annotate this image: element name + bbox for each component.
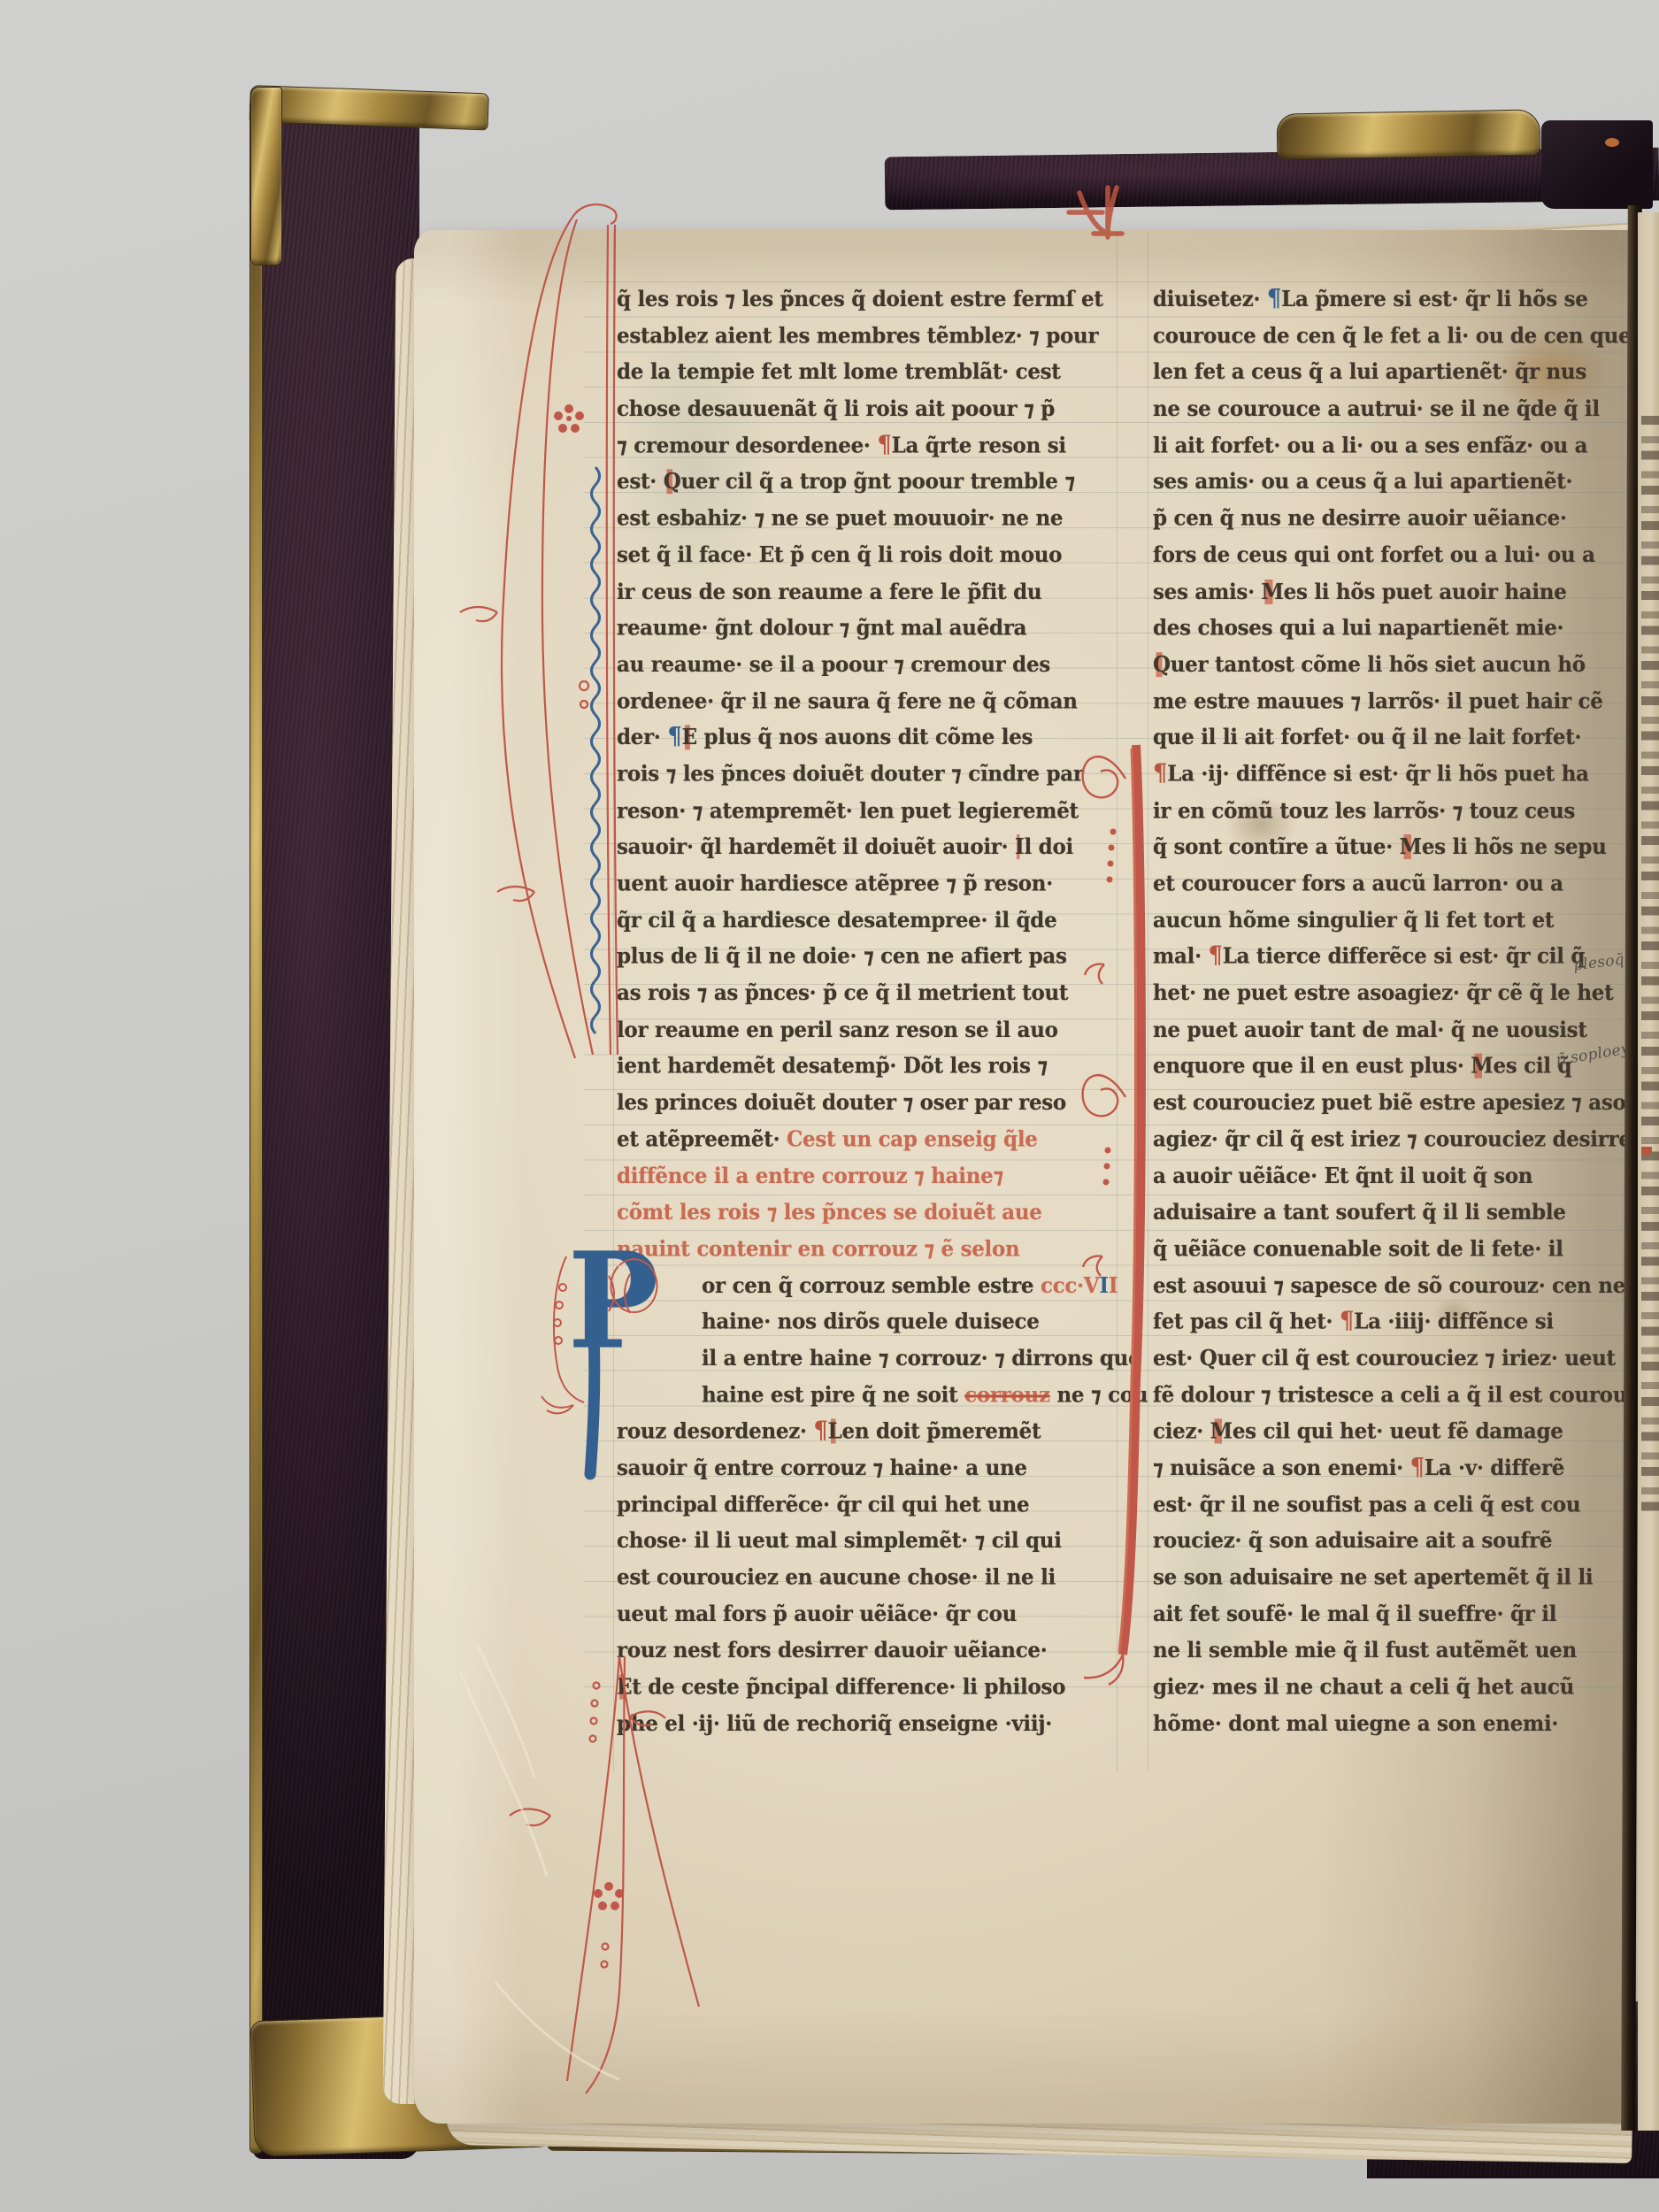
text-line: reson· ⁊ atempremẽt· len puet legieremẽt: [617, 793, 1125, 829]
text-line: est· Quer cil q̃ a trop g̃nt poour tremb…: [617, 464, 1125, 500]
text-line: ueut mal fors p̃ auoir uẽiãce· q̃r cou: [617, 1596, 1125, 1632]
text-segment: La ·iiij· diffẽnce si: [1354, 1310, 1554, 1334]
text-segment: La ·ij· diffẽnce si est· q̃r li hõs puet…: [1167, 762, 1589, 787]
text-column-left: q̃ les rois ⁊ les p̃nces q̃ doient estre…: [617, 281, 1125, 1745]
text-line: fet pas cil q̃ het· ¶La ·iiij· diffẽnce …: [1153, 1304, 1631, 1340]
text-segment: est courouciez puet biẽ estre apesiez ⁊ …: [1153, 1090, 1626, 1115]
text-line: het· ne puet estre asoagiez· q̃r cẽ q̃ l…: [1153, 975, 1631, 1011]
illuminated-initial-p: P: [568, 1235, 658, 1368]
text-segment: est esbahiz· ⁊ ne se puet mouuoir· ne ne: [617, 506, 1063, 531]
text-segment: ne se courouce a autrui· se il ne q̃de q…: [1153, 396, 1600, 421]
text-line: est asouui ⁊ sapesce de sõ courouz· cen …: [1153, 1267, 1631, 1303]
text-line: ne li semble mie q̃ il fust autẽmẽt uen: [1153, 1632, 1631, 1669]
text-line: et atẽpreemẽt· Cest un cap enseig q̃le: [617, 1121, 1125, 1157]
text-line: de la tempie fet mlt lome tremblãt· cest: [617, 355, 1125, 391]
text-line: rouz desordenez· ¶Len doit p̃meremẽt: [617, 1414, 1125, 1450]
text-line: rois ⁊ les p̃nces doiuẽt douter ⁊ cĩndre…: [617, 757, 1125, 793]
text-segment: ne li semble mie q̃ il fust autẽmẽt uen: [1153, 1638, 1577, 1663]
text-line: ir ceus de son reaume a fere le p̃fit du: [617, 573, 1125, 610]
text-segment: der·: [617, 726, 667, 750]
text-line: fors de ceus qui ont forfet ou a lui· ou…: [1153, 537, 1631, 573]
text-segment: sauoir· q̃l hardemẽt il doiuẽt auoir·: [617, 834, 1015, 859]
text-line: me estre mauues ⁊ larrõs· il puet hair c…: [1153, 683, 1631, 719]
text-segment: les princes doiuẽt douter ⁊ oser par res…: [617, 1090, 1066, 1115]
text-segment: l doi: [1025, 834, 1073, 859]
text-line: chose desauuenãt q̃ li rois ait poour ⁊ …: [617, 391, 1125, 427]
clasp-hardware-dark: [1541, 120, 1653, 209]
text-segment: aucun hõme singulier q̃ li fet tort et: [1153, 908, 1554, 933]
text-segment: rouciez· q̃ son aduisaire ait a soufrẽ: [1153, 1529, 1552, 1554]
text-segment: M: [1471, 1054, 1493, 1079]
text-segment: li ait forfet· ou a li· ou a ses enfãz· …: [1153, 433, 1587, 457]
text-segment: haine· nos dirõs quele duisece: [702, 1310, 1040, 1334]
text-line: sauoir q̃ entre corrouz ⁊ haine· a une: [617, 1450, 1125, 1486]
text-segment: reaume· g̃nt dolour ⁊ g̃nt mal auẽdra: [617, 616, 1026, 641]
text-line: giez· mes il ne chaut a celi q̃ het aucũ: [1153, 1669, 1631, 1705]
text-segment: agiez· q̃r cil q̃ est iriez ⁊ courouciez…: [1153, 1127, 1632, 1152]
text-line: diffẽnce il a entre corrouz ⁊ haine⁊: [617, 1158, 1125, 1194]
text-segment: het· ne puet estre asoagiez· q̃r cẽ q̃ l…: [1153, 980, 1613, 1005]
text-segment: E: [617, 1675, 632, 1700]
brass-corner-top-left-side: [250, 87, 282, 265]
text-segment: I: [1099, 1273, 1108, 1298]
text-segment: giez· mes il ne chaut a celi q̃ het aucũ: [1153, 1675, 1574, 1700]
text-segment: ¶: [877, 431, 891, 458]
text-segment: haine est pire q̃ ne soit: [702, 1382, 964, 1407]
text-line: que il li ait forfet· ou q̃ il ne lait f…: [1153, 719, 1631, 756]
text-segment: est courouciez en aucune chose· il ne li: [617, 1565, 1056, 1590]
text-segment: sauoir q̃ entre corrouz ⁊ haine· a une: [617, 1455, 1027, 1480]
text-segment: courouce de cen q̃ le fet a li· ou de ce…: [1153, 324, 1631, 349]
text-line: se son aduisaire ne set apertemẽt q̃ il …: [1153, 1560, 1631, 1596]
text-segment: lor reaume en peril sanz reson se il auo: [617, 1018, 1058, 1042]
text-segment: principal differẽce· q̃r cil qui het une: [617, 1492, 1029, 1517]
text-line: q̃ uẽiãce conuenable soit de li fete· il: [1153, 1231, 1631, 1267]
text-line: q̃ les rois ⁊ les p̃nces q̃ doient estre…: [617, 281, 1125, 318]
next-page-red-mark: [1641, 1147, 1652, 1155]
text-segment: plus q̃ nos auons dit cõme les: [697, 726, 1033, 750]
text-line: agiez· q̃r cil q̃ est iriez ⁊ courouciez…: [1153, 1121, 1631, 1157]
text-line: rouz nest fors desirrer dauoir uẽiance·: [617, 1632, 1125, 1669]
text-segment: I: [1015, 834, 1024, 859]
text-segment: ¶: [1209, 942, 1223, 970]
text-segment: t de ceste p̃ncipal difference· li philo…: [632, 1675, 1065, 1700]
clasp-stitch-orange: [1605, 138, 1619, 147]
text-segment: mal·: [1153, 944, 1209, 969]
text-segment: hõme· dont mal uiegne a son enemi·: [1153, 1711, 1558, 1736]
brass-clasp-bar-top: [1277, 109, 1541, 159]
text-segment: p̃ cen q̃ nus ne desirre auoir uẽiance·: [1153, 506, 1567, 531]
text-segment: len fet a ceus q̃ a lui apartienẽt· q̃r …: [1153, 360, 1586, 385]
vertical-rule: [1148, 232, 1148, 1771]
text-segment: es cil qui het· ueut fẽ damage: [1233, 1419, 1563, 1444]
text-segment: fors de ceus qui ont forfet ou a lui· ou…: [1153, 542, 1595, 567]
text-segment: M: [1261, 579, 1283, 603]
text-segment: enquore que il en eust plus·: [1153, 1054, 1471, 1079]
text-segment: est asouui ⁊ sapesce de sõ courouz· cen …: [1153, 1273, 1625, 1298]
text-segment: Q: [1153, 652, 1171, 677]
text-segment: plus de li q̃ il ne doie· ⁊ cen ne afier…: [617, 944, 1067, 969]
text-segment: set q̃ il face· Et p̃ cen q̃ li rois doi…: [617, 542, 1062, 567]
text-line: cõmt les rois ⁊ les p̃nces se doiuẽt aue: [617, 1194, 1125, 1231]
text-segment: de la tempie fet mlt lome tremblãt· cest: [617, 360, 1061, 385]
text-line: ses amis· ou a ceus q̃ a lui apartienẽt·: [1153, 464, 1631, 500]
text-segment: a auoir uẽiãce· Et q̃nt il uoit q̃ son: [1153, 1164, 1532, 1188]
text-segment: corrouz: [964, 1382, 1050, 1407]
text-segment: ir ceus de son reaume a fere le p̃fit du: [617, 579, 1041, 603]
text-line: ient hardemẽt desatemp̃· Dõt les rois ⁊: [617, 1048, 1125, 1085]
text-segment: chose desauuenãt q̃ li rois ait poour ⁊ …: [617, 396, 1055, 421]
text-line: p̃ cen q̃ nus ne desirre auoir uẽiance·: [1153, 501, 1631, 537]
text-line: or cen q̃ corrouz semble estre ccc·VII: [617, 1267, 1125, 1303]
vertical-rule: [613, 232, 614, 1771]
text-segment: diuisetez·: [1153, 287, 1267, 311]
text-segment: fẽ dolour ⁊ tristesce a celi a q̃ il est…: [1153, 1382, 1627, 1407]
text-segment: ¶: [1153, 760, 1167, 787]
text-segment: ordenee· q̃r il ne saura q̃ fere ne q̃ c…: [617, 688, 1078, 713]
text-segment: me estre mauues ⁊ larrõs· il puet hair c…: [1153, 688, 1603, 713]
text-segment: ait fet soufẽ· le mal q̃ il sueffre· q̃r…: [1153, 1601, 1556, 1626]
text-line: fẽ dolour ⁊ tristesce a celi a q̃ il est…: [1153, 1377, 1631, 1413]
text-line: ses amis· Mes li hõs puet auoir haine: [1153, 573, 1631, 610]
text-line: phe el ·ij· liũ de rechoriq̃ enseigne ·v…: [617, 1706, 1125, 1742]
text-line: principal differẽce· q̃r cil qui het une: [617, 1486, 1125, 1523]
text-line: au reaume· se il a poour ⁊ cremour des: [617, 647, 1125, 683]
text-segment: ⁊ cremour desordenee·: [617, 433, 877, 457]
text-line: ne se courouce a autrui· se il ne q̃de q…: [1153, 391, 1631, 427]
next-page-edge: [1638, 212, 1659, 2131]
text-segment: aduisaire a tant soufert q̃ il li semble: [1153, 1200, 1566, 1225]
text-line: chose· il li ueut mal simplemẽt· ⁊ cil q…: [617, 1523, 1125, 1559]
text-segment: La p̃mere si est· q̃r li hõs se: [1281, 287, 1587, 311]
text-segment: ¶: [813, 1417, 827, 1445]
text-line: est courouciez puet biẽ estre apesiez ⁊ …: [1153, 1085, 1631, 1121]
next-page-text-fragments: [1641, 416, 1659, 1513]
text-segment: chose· il li ueut mal simplemẽt· ⁊ cil q…: [617, 1529, 1062, 1554]
text-line: aucun hõme singulier q̃ li fet tort et: [1153, 902, 1631, 939]
text-segment: M: [1210, 1419, 1233, 1444]
text-segment: cõmt les rois ⁊ les p̃nces se doiuẽt aue: [617, 1200, 1042, 1225]
text-segment: L: [828, 1419, 842, 1444]
text-line: les princes doiuẽt douter ⁊ oser par res…: [617, 1085, 1125, 1121]
text-segment: q̃ les rois ⁊ les p̃nces q̃ doient estre…: [617, 287, 1103, 311]
text-segment: ¶: [1267, 285, 1281, 312]
text-line: as rois ⁊ as p̃nces· p̃ ce q̃ il metrien…: [617, 975, 1125, 1011]
text-segment: ne ⁊ cou: [1050, 1382, 1148, 1407]
text-line: est· Quer cil q̃ est courouciez ⁊ iriez·…: [1153, 1340, 1631, 1377]
text-segment: es li hõs ne sepu: [1422, 834, 1607, 859]
text-segment: La q̃rte reson si: [892, 433, 1066, 457]
text-segment: diffẽnce il a entre corrouz ⁊ haine⁊: [617, 1164, 1003, 1188]
text-line: ciez· Mes cil qui het· ueut fẽ damage: [1153, 1414, 1631, 1450]
text-line: hõme· dont mal uiegne a son enemi·: [1153, 1706, 1631, 1742]
text-segment: M: [1400, 834, 1422, 859]
text-line: ait fet soufẽ· le mal q̃ il sueffre· q̃r…: [1153, 1596, 1631, 1632]
text-line: et couroucer fors a aucũ larron· ou a: [1153, 865, 1631, 902]
text-segment: que il li ait forfet· ou q̃ il ne lait f…: [1153, 726, 1581, 750]
text-line: reaume· g̃nt dolour ⁊ g̃nt mal auẽdra: [617, 610, 1125, 646]
text-segment: rouz nest fors desirrer dauoir uẽiance·: [617, 1638, 1047, 1663]
text-segment: phe el ·ij· liũ de rechoriq̃ enseigne ·v…: [617, 1711, 1052, 1736]
text-line: uent auoir hardiesce atẽpree ⁊ p̃ reson·: [617, 865, 1125, 902]
text-segment: et atẽpreemẽt·: [617, 1127, 787, 1152]
text-segment: or cen q̃ corrouz semble estre: [702, 1273, 1041, 1298]
text-line: q̃r cil q̃ a hardiesce desatempree· il q…: [617, 902, 1125, 939]
text-segment: rouz desordenez·: [617, 1419, 813, 1444]
text-segment: ¶: [1340, 1308, 1354, 1335]
text-line: establez aient les membres tẽmblez· ⁊ po…: [617, 318, 1125, 354]
text-segment: ccc·V: [1041, 1273, 1099, 1298]
text-segment: fet pas cil q̃ het·: [1153, 1310, 1340, 1334]
text-line: haine· nos dirõs quele duisece: [617, 1304, 1125, 1340]
text-segment: q̃r cil q̃ a hardiesce desatempree· il q…: [617, 908, 1056, 933]
text-segment: uent auoir hardiesce atẽpree ⁊ p̃ reson·: [617, 872, 1053, 896]
text-segment: est· q̃r il ne soufist pas a celi q̃ est…: [1153, 1492, 1580, 1517]
text-line: Et de ceste p̃ncipal difference· li phil…: [617, 1669, 1125, 1705]
text-line: der· ¶E plus q̃ nos auons dit cõme les: [617, 719, 1125, 756]
text-line: ¶La ·ij· diffẽnce si est· q̃r li hõs pue…: [1153, 757, 1631, 793]
text-line: il a entre haine ⁊ corrouz· ⁊ dirrons qu…: [617, 1340, 1125, 1377]
text-segment: ne puet auoir tant de mal· q̃ ne uousist: [1153, 1018, 1587, 1042]
text-segment: rois ⁊ les p̃nces doiuẽt douter ⁊ cĩndre…: [617, 762, 1084, 787]
text-segment: est· Quer cil q̃ est courouciez ⁊ iriez·…: [1153, 1346, 1616, 1371]
text-segment: establez aient les membres tẽmblez· ⁊ po…: [617, 324, 1098, 349]
text-segment: ient hardemẽt desatemp̃· Dõt les rois ⁊: [617, 1054, 1048, 1079]
text-line: nauint contenir en corrouz ⁊ ẽ selon: [617, 1231, 1125, 1267]
text-segment: au reaume· se il a poour ⁊ cremour des: [617, 652, 1050, 677]
text-line: des choses qui a lui napartienẽt mie·: [1153, 610, 1631, 646]
text-segment: La tierce differẽce si est· q̃r cil q̃: [1223, 944, 1585, 969]
text-segment: ir en cõmũ touz les larrõs· ⁊ touz ceus: [1153, 798, 1575, 823]
text-line: ir en cõmũ touz les larrõs· ⁊ touz ceus: [1153, 793, 1631, 829]
text-segment: se son aduisaire ne set apertemẽt q̃ il …: [1153, 1565, 1593, 1590]
text-segment: ¶: [1410, 1454, 1425, 1481]
text-segment: Q: [664, 470, 681, 495]
text-line: rouciez· q̃ son aduisaire ait a soufrẽ: [1153, 1523, 1631, 1559]
text-line: courouce de cen q̃ le fet a li· ou de ce…: [1153, 318, 1631, 354]
text-line: set q̃ il face· Et p̃ cen q̃ li rois doi…: [617, 537, 1125, 573]
text-line: Quer tantost cõme li hõs siet aucun hõ: [1153, 647, 1631, 683]
text-line: len fet a ceus q̃ a lui apartienẽt· q̃r …: [1153, 355, 1631, 391]
text-segment: ciez·: [1153, 1419, 1210, 1444]
text-line: ⁊ cremour desordenee· ¶La q̃rte reson si: [617, 427, 1125, 464]
text-segment: ses amis· ou a ceus q̃ a lui apartienẽt·: [1153, 470, 1572, 495]
text-line: diuisetez· ¶La p̃mere si est· q̃r li hõs…: [1153, 281, 1631, 318]
text-line: haine est pire q̃ ne soit corrouz ne ⁊ c…: [617, 1377, 1125, 1413]
text-segment: E: [682, 726, 697, 750]
text-segment: ¶: [667, 723, 681, 750]
text-line: est· q̃r il ne soufist pas a celi q̃ est…: [1153, 1486, 1631, 1523]
text-line: mal· ¶La tierce differẽce si est· q̃r ci…: [1153, 939, 1631, 975]
text-segment: es li hõs puet auoir haine: [1284, 579, 1567, 603]
brass-edge-left: [250, 99, 263, 2154]
text-segment: reson· ⁊ atempremẽt· len puet legieremẽt: [617, 798, 1079, 823]
text-column-right: diuisetez· ¶La p̃mere si est· q̃r li hõs…: [1153, 281, 1631, 1745]
text-line: plus de li q̃ il ne doie· ⁊ cen ne afier…: [617, 939, 1125, 975]
text-line: est courouciez en aucune chose· il ne li: [617, 1560, 1125, 1596]
text-segment: ueut mal fors p̃ auoir uẽiãce· q̃r cou: [617, 1601, 1017, 1626]
text-segment: I: [1109, 1273, 1118, 1298]
text-segment: est·: [617, 470, 664, 495]
text-segment: et couroucer fors a aucũ larron· ou a: [1153, 872, 1563, 896]
text-segment: des choses qui a lui napartienẽt mie·: [1153, 616, 1563, 641]
text-segment: q̃ sont contĩre a ũtue·: [1153, 834, 1400, 859]
text-line: li ait forfet· ou a li· ou a ses enfãz· …: [1153, 427, 1631, 464]
text-segment: nauint contenir en corrouz ⁊ ẽ selon: [617, 1236, 1019, 1261]
text-segment: La ·v· differẽ: [1425, 1455, 1564, 1480]
text-segment: Cest un cap enseig q̃le: [787, 1127, 1038, 1152]
text-line: aduisaire a tant soufert q̃ il li semble: [1153, 1194, 1631, 1231]
folio-mark-v-icon: [1062, 177, 1141, 248]
text-line: ⁊ nuisãce a son enemi· ¶La ·v· differẽ: [1153, 1450, 1631, 1486]
text-line: a auoir uẽiãce· Et q̃nt il uoit q̃ son: [1153, 1158, 1631, 1194]
text-segment: ⁊ nuisãce a son enemi·: [1153, 1455, 1410, 1480]
text-line: q̃ sont contĩre a ũtue· Mes li hõs ne se…: [1153, 829, 1631, 865]
text-segment: ses amis·: [1153, 579, 1261, 603]
photograph-of-manuscript: q̃ les rois ⁊ les p̃nces q̃ doient estre…: [0, 0, 1659, 2212]
text-line: ordenee· q̃r il ne saura q̃ fere ne q̃ c…: [617, 683, 1125, 719]
text-segment: uer tantost cõme li hõs siet aucun hõ: [1171, 652, 1586, 677]
text-line: sauoir· q̃l hardemẽt il doiuẽt auoir· Il…: [617, 829, 1125, 865]
text-segment: il a entre haine ⁊ corrouz· ⁊ dirrons qu…: [702, 1346, 1141, 1371]
text-segment: as rois ⁊ as p̃nces· p̃ ce q̃ il metrien…: [617, 980, 1068, 1005]
text-segment: uer cil q̃ a trop g̃nt poour tremble ⁊: [680, 470, 1074, 495]
text-segment: q̃ uẽiãce conuenable soit de li fete· il: [1153, 1236, 1563, 1261]
text-line: est esbahiz· ⁊ ne se puet mouuoir· ne ne: [617, 501, 1125, 537]
text-segment: en doit p̃meremẽt: [842, 1419, 1041, 1444]
text-line: ne puet auoir tant de mal· q̃ ne uousist: [1153, 1012, 1631, 1048]
text-line: lor reaume en peril sanz reson se il auo: [617, 1012, 1125, 1048]
